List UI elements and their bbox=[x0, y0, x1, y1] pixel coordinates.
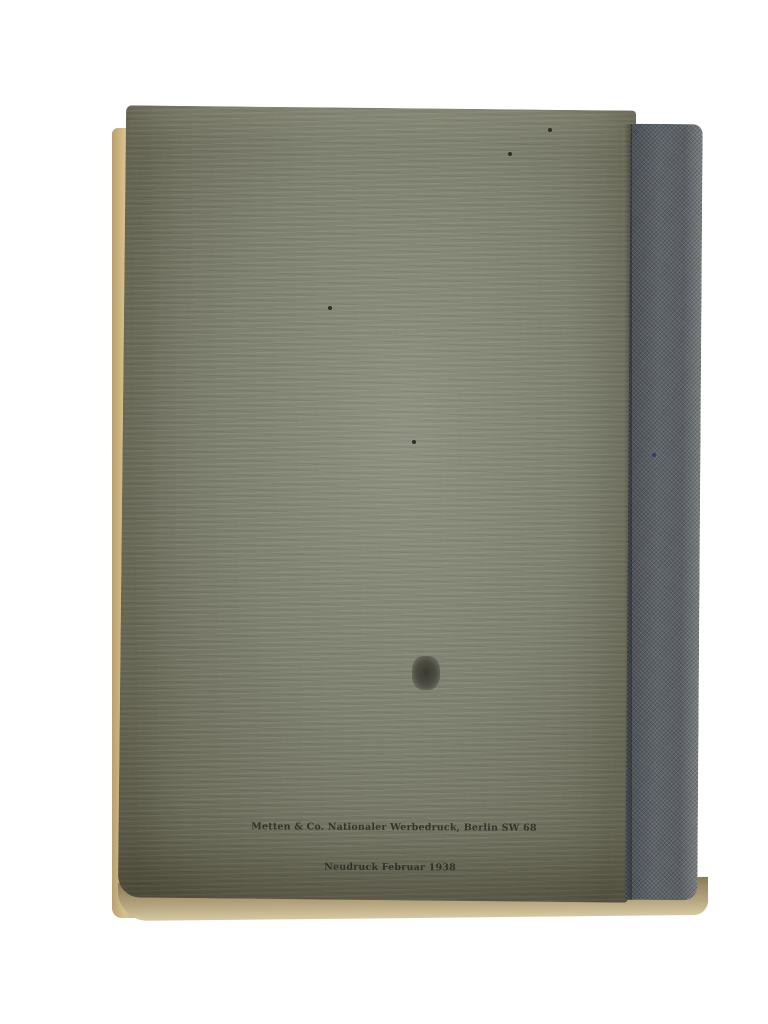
cover-speck bbox=[412, 440, 416, 444]
cloth-spine bbox=[625, 124, 702, 900]
cover-speck bbox=[548, 128, 552, 132]
cover-speck bbox=[508, 152, 512, 156]
publisher-imprint: Metten & Co. Nationaler Werbedruck, Berl… bbox=[244, 821, 544, 834]
reprint-date: Neudruck Februar 1938 bbox=[300, 862, 480, 874]
cover-stain bbox=[412, 656, 440, 690]
book-photo: Metten & Co. Nationaler Werbedruck, Berl… bbox=[0, 0, 768, 1024]
spine-speck bbox=[652, 453, 656, 457]
spine-shadow bbox=[624, 124, 632, 900]
cover-speck bbox=[328, 306, 332, 310]
back-cover bbox=[118, 105, 636, 902]
